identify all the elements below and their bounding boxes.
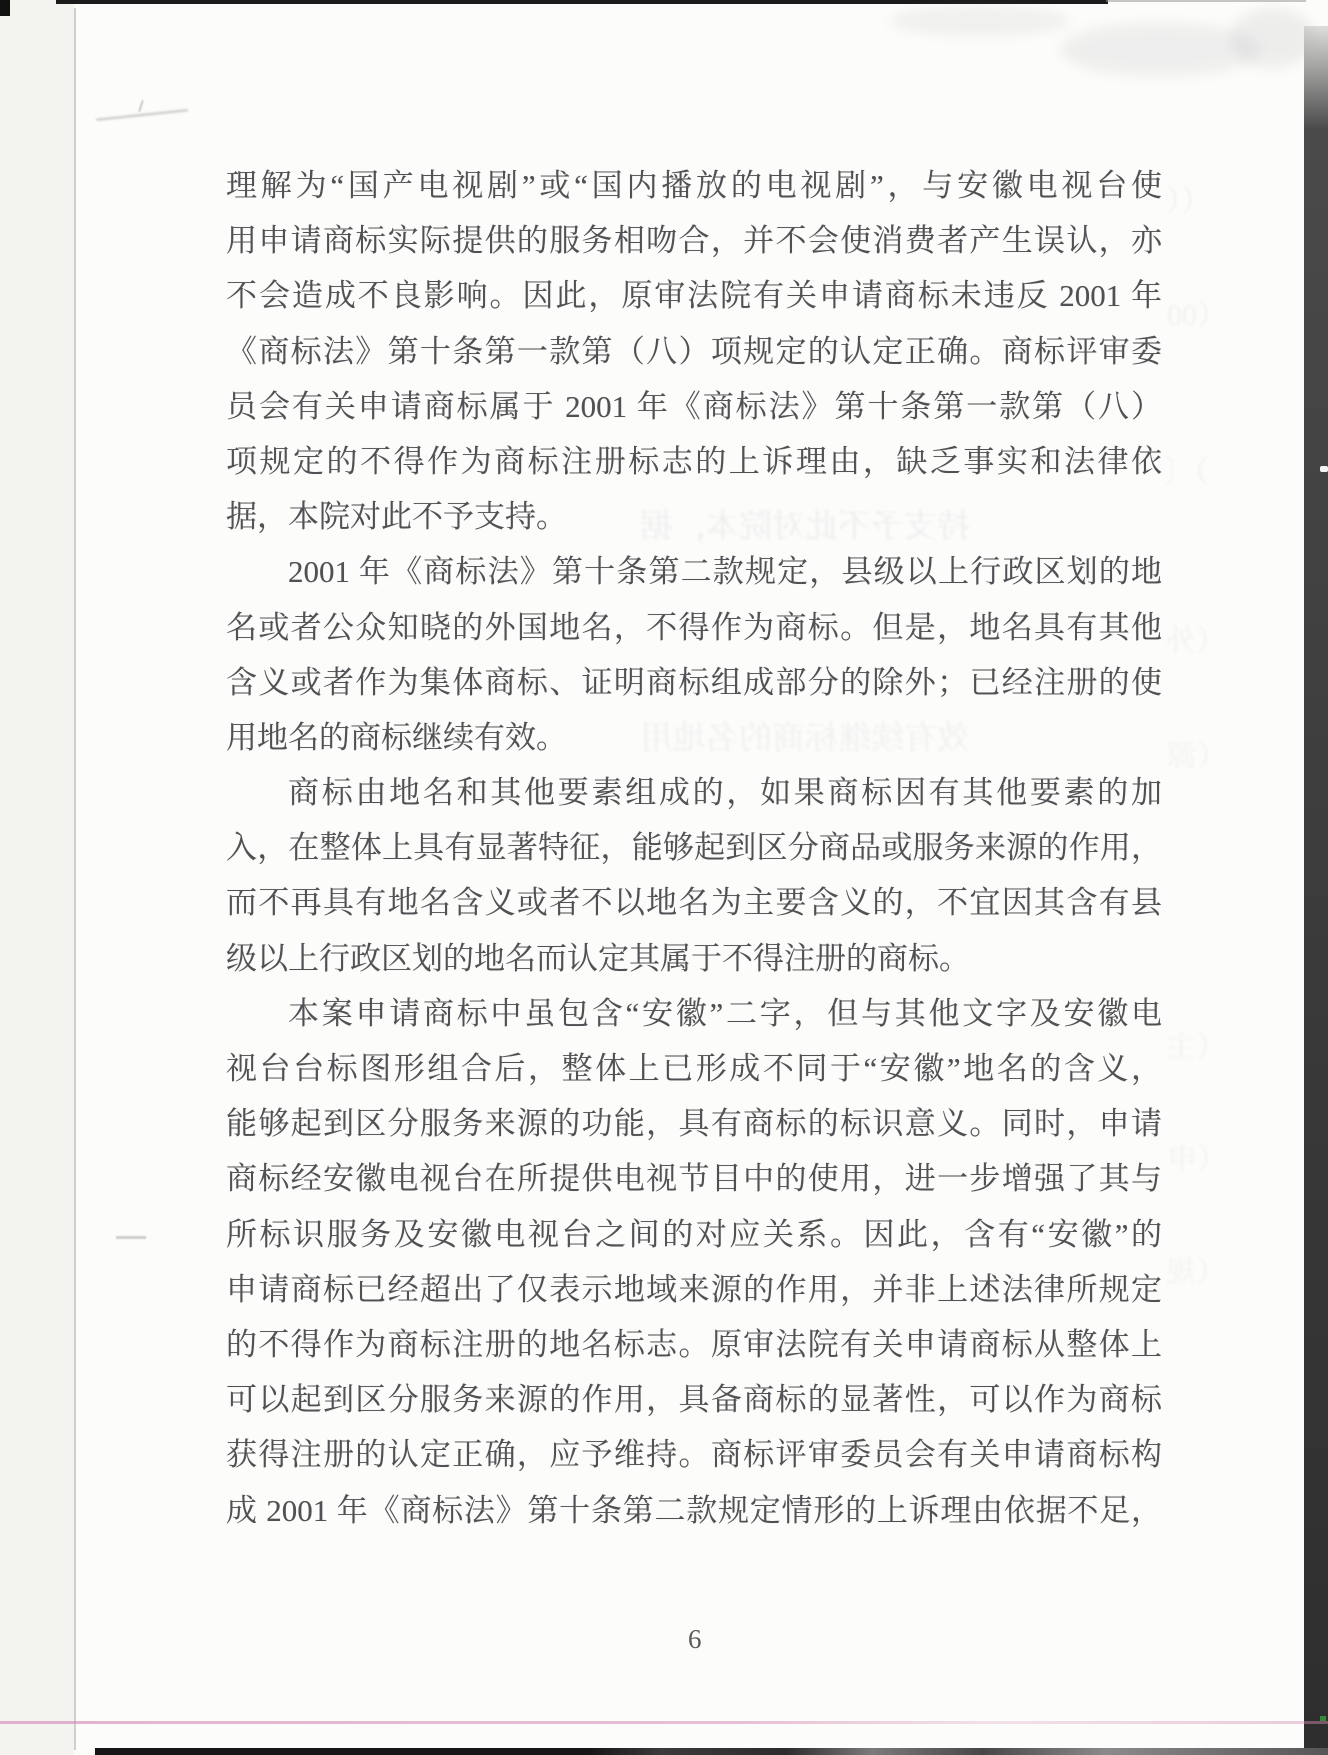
bleed-through-ghost-text: （外 [1166,616,1226,660]
scan-edge-notch [1320,466,1328,472]
text-line: 获得注册的认定正确，应予维持。商标评审委员会有关申请商标构 [226,1427,1162,1482]
text-line: 本案申请商标中虽包含“安徽”二字，但与其他文字及安徽电 [226,986,1162,1041]
text-line: 商标经安徽电视台在所提供电视节目中的使用，进一步增强了其与 [226,1151,1162,1206]
text-line: 所标识服务及安徽电视台之间的对应关系。因此，含有“安徽”的 [226,1207,1162,1262]
text-line: 用地名的商标继续有效。 [226,710,1162,765]
bleed-through-ghost-text: ）〔 [1164,447,1209,491]
text-line: 用申请商标实际提供的服务相吻合，并不会使消费者产生误认，亦 [226,213,1162,268]
bleed-through-ghost-text: （00 [1167,290,1227,334]
scanned-document-page: 持支予不此对院本，据效有续继标商的名地用（（（00）〔（外（源（主（申（规 理解… [0,0,1328,1755]
text-line: 而不再具有地名含义或者不以地名为主要含义的，不宜因其含有县 [226,875,1162,930]
scan-noise-blob [1060,22,1260,77]
pencil-smudge [138,100,144,112]
text-line: 含义或者作为集体商标、证明商标组成部分的除外；已经注册的使 [226,655,1162,710]
scan-edge-top-faint [1106,0,1306,2]
bleed-through-ghost-text: （规 [1166,1247,1226,1291]
text-line: 不会造成不良影响。因此，原审法院有关申请商标未违反 2001 年 [226,268,1162,323]
text-line: 可以起到区分服务来源的作用，具备商标的显著性，可以作为商标 [226,1372,1162,1427]
bleed-through-ghost-text: （（ [1166,176,1211,220]
margin-mark [116,1236,146,1239]
scan-noise-blob [890,6,1070,36]
page-number: 6 [688,1624,702,1655]
text-line: 据，本院对此不予支持。 [226,489,1162,544]
text-line: 能够起到区分服务来源的功能，具有商标的标识意义。同时，申请 [226,1096,1162,1151]
document-body: 理解为“国产电视剧”或“国内播放的电视剧”，与安徽电视台使用申请商标实际提供的服… [226,158,1162,1538]
text-line: 视台台标图形组合后，整体上已形成不同于“安徽”地名的含义， [226,1041,1162,1096]
scan-edge-top [56,0,1108,4]
bleed-through-ghost-text: （源 [1167,731,1227,775]
scan-noise-blob [1230,8,1315,68]
text-line: 名或者公众知晓的外国地名，不得作为商标。但是，地名具有其他 [226,600,1162,655]
text-line: 商标由地名和其他要素组成的，如果商标因有其他要素的加 [226,765,1162,820]
left-overscan-strip [0,0,74,1755]
pencil-smudge [96,109,188,121]
text-line: 2001 年《商标法》第十条第二款规定，县级以上行政区划的地 [226,544,1162,599]
text-line: 成 2001 年《商标法》第十条第二款规定情形的上诉理由依据不足， [226,1483,1162,1538]
page-fold-line [74,8,76,1750]
scan-edge-bottom [95,1748,1328,1755]
text-line: 理解为“国产电视剧”或“国内播放的电视剧”，与安徽电视台使 [226,158,1162,213]
scan-edge-right [1304,26,1328,1755]
scan-corner-mark [0,0,10,16]
text-line: 级以上行政区划的地名而认定其属于不得注册的商标。 [226,931,1162,986]
text-line: 的不得作为商标注册的地名标志。原审法院有关申请商标从整体上 [226,1317,1162,1372]
bleed-through-ghost-text: （主 [1166,1022,1226,1066]
text-line: 员会有关申请商标属于 2001 年《商标法》第十条第一款第（八） [226,379,1162,434]
text-line: 项规定的不得作为商标注册标志的上诉理由，缺乏事实和法律依 [226,434,1162,489]
text-line: 申请商标已经超出了仅表示地域来源的作用，并非上述法律所规定 [226,1262,1162,1317]
text-line: 入，在整体上具有显著特征，能够起到区分商品或服务来源的作用， [226,820,1162,875]
bleed-through-ghost-text: （申 [1167,1134,1227,1178]
text-line: 《商标法》第十条第一款第（八）项规定的认定正确。商标评审委 [226,324,1162,379]
scanner-pink-line [0,1721,1328,1724]
